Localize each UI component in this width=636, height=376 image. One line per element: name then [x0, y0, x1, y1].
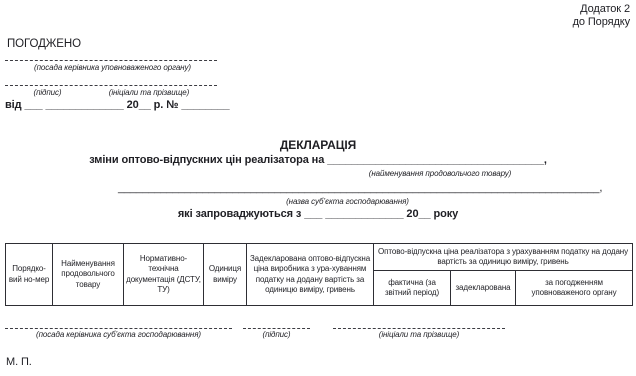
- group-header-realizator-price: Оптово-відпускна ціна реалізатора з урах…: [374, 244, 633, 271]
- name-line: [333, 320, 505, 329]
- signatory-position-block: (посада керівника суб’єкта господарюванн…: [5, 320, 232, 339]
- annex-block: Додаток 2 до Порядку: [573, 3, 630, 29]
- name-caption: (ініціали та прізвище): [333, 330, 505, 339]
- order-label: до Порядку: [573, 16, 630, 29]
- price-declaration-table: Порядко-вий но-мер Найменування продовол…: [5, 243, 633, 306]
- signature-line: [243, 320, 310, 329]
- annex-label: Додаток 2: [573, 3, 630, 16]
- effective-date-line: які запроваджуються з ___ _____________ …: [0, 208, 636, 221]
- product-name-caption: (найменування продовольчого товару): [340, 169, 540, 178]
- col-header-normative-docs: Нормативно-технічна документація (ДСТУ, …: [124, 244, 204, 306]
- declaration-subject-line: зміни оптово-відпускних цін реалізатора …: [0, 154, 636, 167]
- approval-sign-caption: (підпис): [5, 88, 90, 97]
- col-header-unit: Одиниця виміру: [204, 244, 247, 306]
- approval-name-caption: (ініціали та прізвище): [90, 88, 208, 97]
- signatory-position-caption: (посада керівника суб’єкта господарюванн…: [5, 330, 232, 339]
- approval-position-caption: (посада керівника уповноваженого органу): [15, 63, 210, 72]
- approval-captions-row: (підпис) (ініціали та прізвище): [5, 88, 217, 97]
- approval-sign-line: [5, 77, 217, 86]
- declaration-title: ДЕКЛАРАЦІЯ: [0, 138, 636, 152]
- col-header-product-name: Найменування продовольчого товару: [53, 244, 124, 306]
- seal-label: М. П.: [6, 356, 32, 369]
- approved-label: ПОГОДЖЕНО: [7, 38, 81, 52]
- approval-position-line: [5, 52, 217, 61]
- col-header-actual-price: фактична (за звітний період): [374, 271, 451, 306]
- col-header-declared-price: задекларована: [451, 271, 516, 306]
- col-header-producer-price: Задекларована оптово-відпускна ціна виро…: [247, 244, 374, 306]
- entity-caption: (назва суб’єкта господарювання): [230, 197, 465, 206]
- signature-block: (підпис): [243, 320, 310, 339]
- signatory-position-line: [5, 320, 232, 329]
- entity-blank-line: ________________________________________…: [118, 182, 602, 195]
- approval-date-line: від ___ _____________ 20__ р. № ________: [5, 99, 229, 112]
- declaration-form-page: Додаток 2 до Порядку ПОГОДЖЕНО (посада к…: [0, 0, 636, 376]
- signature-caption: (підпис): [243, 330, 310, 339]
- col-header-serial-number: Порядко-вий но-мер: [6, 244, 53, 306]
- col-header-approved-price: за погодженням уповноваженого органу: [516, 271, 633, 306]
- name-block: (ініціали та прізвище): [333, 320, 505, 339]
